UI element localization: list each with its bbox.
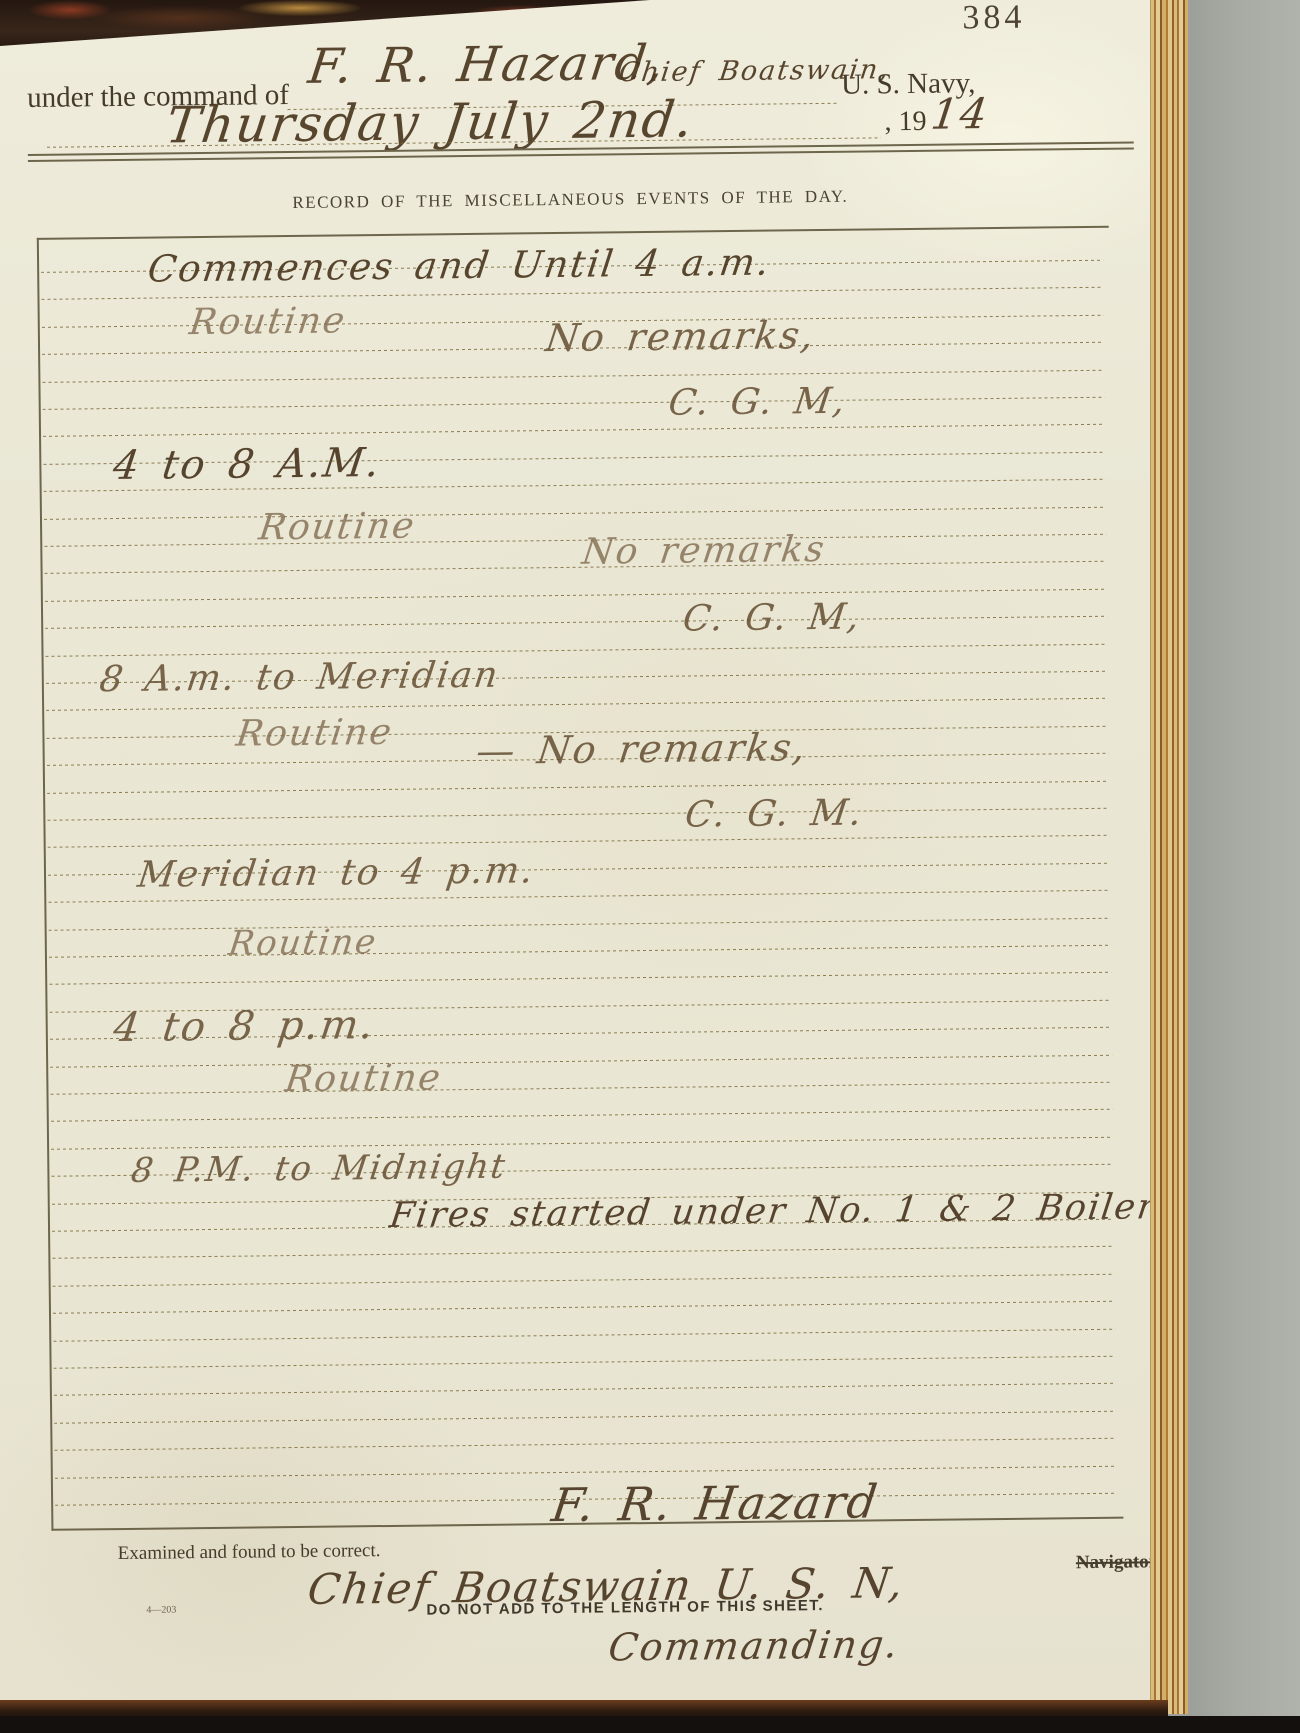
ledger-line: [47, 808, 1109, 822]
ledger-line: [49, 917, 1111, 931]
ledger-line: [53, 1328, 1115, 1342]
commander-signature: F. R. Hazard,: [305, 35, 669, 95]
examined-label: Examined and found to be correct.: [118, 1540, 381, 1565]
ledger-line: [45, 561, 1107, 575]
page-number: 384: [962, 0, 1025, 37]
log-entry-watch: Meridian to 4 p.m.: [135, 850, 537, 896]
log-entry-initials: C. G. M,: [666, 381, 849, 424]
log-entry-watch: Commences and Until 4 a.m.: [145, 241, 773, 291]
log-entry-remarks: No remarks,: [543, 313, 818, 360]
ledger-line: [43, 424, 1105, 438]
log-entry-routine: Routine: [187, 300, 349, 343]
ledger-line: [51, 1109, 1113, 1123]
log-entry-watch: 8 A.m. to Meridian: [97, 655, 502, 701]
form-number: 4—203: [146, 1604, 176, 1615]
logbook-page: 384 under the command of F. R. Hazard, C…: [0, 0, 1188, 1714]
ledger-line: [52, 1246, 1114, 1260]
log-entry-remarks: No remarks: [580, 529, 829, 573]
log-entry-initials: C. G. M.: [683, 793, 866, 836]
ledger-line: [53, 1274, 1115, 1288]
log-entry-remarks: — No remarks,: [474, 725, 810, 773]
ledger-line: [51, 1137, 1113, 1151]
page-edge-stack: [1150, 0, 1189, 1714]
log-entry-routine: Routine: [283, 1057, 445, 1100]
footer-commanding: Commanding.: [606, 1622, 902, 1669]
ledger-line: [50, 1054, 1112, 1068]
book-cover-bottom: [0, 1716, 1300, 1733]
year-printed: , 19: [884, 106, 926, 138]
ledger-line: [43, 397, 1105, 411]
do-not-add-label: DO NOT ADD TO THE LENGTH OF THIS SHEET.: [426, 1597, 824, 1619]
log-entry-watch: 4 to 8 p.m.: [111, 1002, 378, 1051]
ledger-line: [54, 1383, 1116, 1397]
ledger-line: [54, 1411, 1116, 1425]
log-entry-watch: 8 P.M. to Midnight: [129, 1147, 509, 1191]
log-entry-routine: Routine: [226, 922, 380, 964]
navigator-label-struck: Navigator.: [1076, 1551, 1161, 1574]
log-entry-routine: Routine: [234, 712, 396, 755]
log-entry-watch: 4 to 8 A.M.: [110, 440, 383, 489]
ledger-line: [54, 1356, 1116, 1370]
ledger-line: [49, 972, 1111, 986]
log-entry-routine: Routine: [256, 506, 418, 549]
photo-scene: 384 under the command of F. R. Hazard, C…: [0, 0, 1300, 1733]
ledger-line: [44, 506, 1106, 520]
ledger-line: [45, 589, 1107, 603]
ledger-line: [53, 1301, 1115, 1315]
ledger-line: [42, 369, 1104, 383]
footer-signature: F. R. Hazard: [549, 1474, 882, 1532]
section-title: RECORD OF THE MISCELLANEOUS EVENTS OF TH…: [292, 188, 772, 213]
ledger-line: [51, 1082, 1113, 1096]
log-entry-initials: C. G. M,: [681, 597, 864, 640]
ruled-lines: [39, 228, 1109, 240]
ledger-line: [45, 616, 1107, 630]
year-script: 14: [928, 89, 992, 139]
ledger-line: [49, 945, 1111, 959]
ledger-line: [46, 643, 1108, 657]
ledger-line: [47, 780, 1109, 794]
page-content: 384 under the command of F. R. Hazard, C…: [0, 0, 1198, 1720]
ledger-line: [48, 835, 1110, 849]
ledger-line: [46, 698, 1108, 712]
ledger-line: [55, 1438, 1117, 1452]
ledger-line: [44, 534, 1106, 548]
